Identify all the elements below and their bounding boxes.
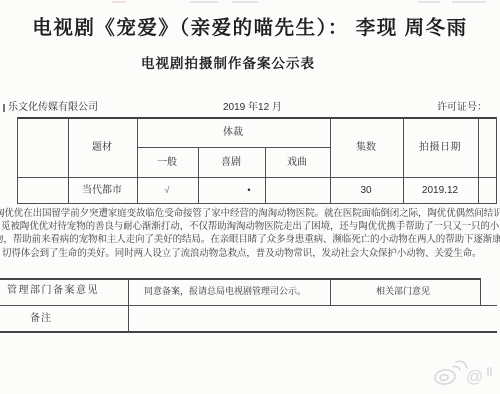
top-edge-fragment [418,1,440,3]
table-border-right-cut [496,117,497,204]
cell-comedy-dot: • [247,185,250,196]
table-border [17,177,497,178]
header-genre-comedy: 喜剧 [221,157,241,168]
clipped-char-fragment [3,104,5,112]
table-border [0,305,497,306]
table-border [137,117,138,204]
top-edge-fragment [232,1,258,3]
admin-record-opinion-value: 同意备案，报请总局电视剧管理司公示。 [144,286,306,297]
synopsis-line: 物，帮助前来看病的宠物和主人走向了美好的结局。在亲眼目睹了众多身患重病、濒临死亡… [0,234,500,245]
table-border [403,117,404,204]
related-department-opinion-label: 相关部门意见 [376,286,430,297]
cell-subject: 当代都市 [82,185,122,196]
watermark-at-glyph: @ [466,367,483,386]
admin-record-opinion-label: 管理部门备案意见 [7,285,99,296]
record-date: 2019 年12 月 [223,102,282,113]
form-title: 电视剧拍摄制作备案公示表 [0,56,456,72]
header-genre-general: 一般 [157,157,177,168]
document-scan: 电视剧《宠爱》（亲爱的喵先生）： 李现 周冬雨 电视剧拍摄制作备案公示表 乐文化… [0,0,500,394]
table-border-top [17,117,497,119]
cell-episodes: 30 [360,185,371,196]
production-company: 乐文化传媒有限公司 [8,102,98,113]
remarks-label: 备注 [30,313,52,324]
table-border [128,278,129,332]
table-border [137,147,330,148]
header-episodes: 集数 [356,142,376,153]
header-genre: 体裁 [223,127,243,138]
synopsis-line: 切得体会到了生命的美好。同时两人设立了流浪动物急救点，普及动物常识，发动社会大众… [2,248,481,259]
table-border [478,117,479,204]
weibo-watermark: @ [432,358,494,393]
table-border [0,278,481,280]
table-border [330,278,331,306]
table-border [68,117,69,204]
synopsis-line: 陶优优在出国留学前夕突遭家庭变故临危受命接管了家中经营的淘淘动物医院。就在医院面… [0,208,500,219]
top-edge-fragment [452,1,486,3]
table-border [17,117,18,204]
synopsis-line: 觅被陶优优对待宠物的善良与耐心渐渐打动，不仅帮助淘淘动物医院走出了困境，还与陶优… [1,221,500,232]
table-border [198,147,199,204]
header-genre-opera: 戏曲 [287,157,307,168]
header-shoot-date: 拍摄日期 [419,142,461,153]
table-border [330,117,331,204]
license-number-label: 许可证号： [437,102,487,113]
weibo-logo-icon: @ [432,358,494,388]
top-edge-fragment [190,1,218,3]
table-border [17,203,497,204]
top-edge-fragment [112,1,126,3]
table-border [265,147,266,204]
cell-general-checkmark: √ [165,185,170,196]
table-border [0,331,497,333]
table-border [480,278,481,306]
header-subject: 题材 [92,142,112,153]
page-title: 电视剧《宠爱》（亲爱的喵先生）： 李现 周冬雨 [0,16,500,40]
cell-shoot-date: 2019.12 [422,185,458,196]
